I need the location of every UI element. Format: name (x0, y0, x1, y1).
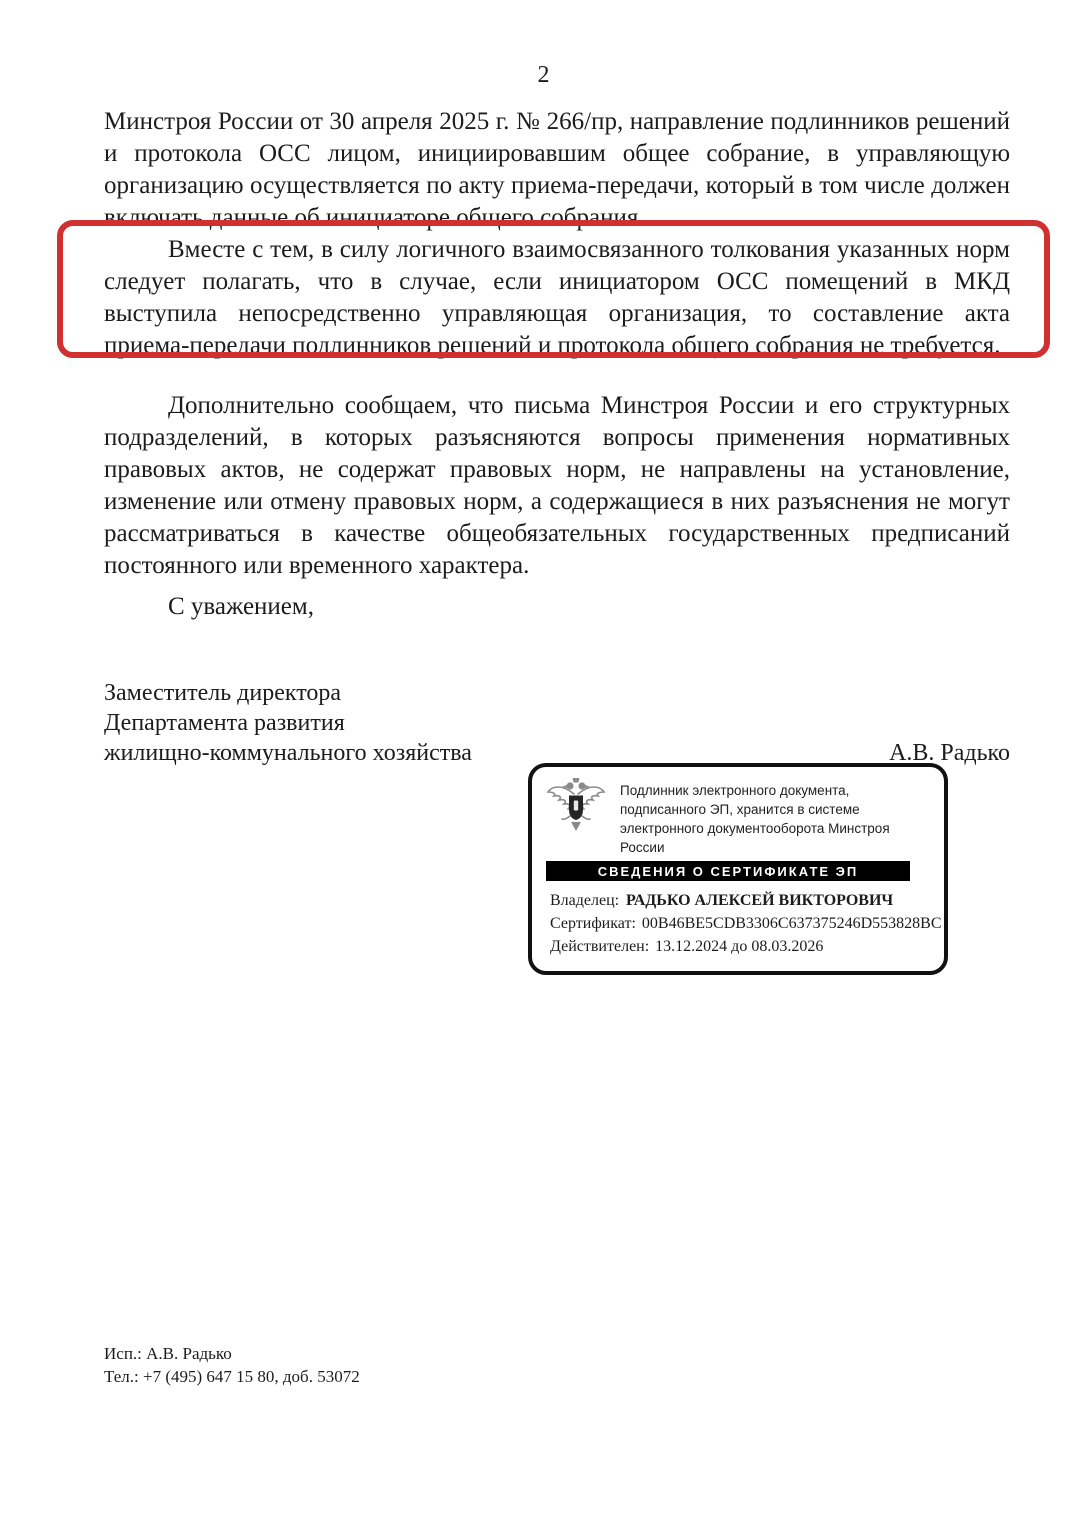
page-number: 2 (0, 60, 1087, 90)
stamp-description: Подлинник электронного документа, подпис… (620, 776, 920, 857)
certificate-details: Владелец: РАДЬКО АЛЕКСЕЙ ВИКТОРОВИЧ Серт… (532, 887, 944, 971)
paragraph-continuation: Минстроя России от 30 апреля 2025 г. № 2… (104, 106, 1010, 234)
closing-salutation: С уважением, (104, 591, 1010, 623)
signature-position-line-1: Заместитель директора (104, 678, 1010, 708)
stamp-top-row: Подлинник электронного документа, подпис… (532, 767, 944, 859)
russia-coat-of-arms-icon (544, 776, 608, 836)
validity-value: 13.12.2024 до 08.03.2026 (655, 935, 823, 958)
certificate-header-bar: СВЕДЕНИЯ О СЕРТИФИКАТЕ ЭП (546, 861, 910, 881)
certificate-validity-row: Действителен: 13.12.2024 до 08.03.2026 (550, 935, 934, 958)
certificate-value: 00B46BE5CDB3306C637375246D553828BC (642, 912, 942, 935)
owner-value: РАДЬКО АЛЕКСЕЙ ВИКТОРОВИЧ (626, 889, 893, 912)
certificate-owner-row: Владелец: РАДЬКО АЛЕКСЕЙ ВИКТОРОВИЧ (550, 889, 934, 912)
document-page: 2 Минстроя России от 30 апреля 2025 г. №… (0, 0, 1087, 1536)
certificate-label: Сертификат: (550, 912, 636, 935)
executor-footer: Исп.: А.В. Радько Тел.: +7 (495) 647 15 … (104, 1342, 360, 1388)
certificate-number-row: Сертификат: 00B46BE5CDB3306C637375246D55… (550, 912, 934, 935)
signature-position-line-3: жилищно-коммунального хозяйства (104, 738, 472, 768)
paragraph-highlighted: Вместе с тем, в силу логичного взаимосвя… (104, 234, 1010, 362)
owner-label: Владелец: (550, 889, 626, 912)
validity-label: Действителен: (550, 935, 649, 958)
phone-line: Тел.: +7 (495) 647 15 80, доб. 53072 (104, 1365, 360, 1388)
digital-signature-stamp: Подлинник электронного документа, подпис… (528, 763, 948, 975)
signature-position-line-2: Департамента развития (104, 708, 1010, 738)
executor-line: Исп.: А.В. Радько (104, 1342, 360, 1365)
signature-block: Заместитель директора Департамента разви… (104, 678, 1010, 768)
paragraph-additional: Дополнительно сообщаем, что письма Минст… (104, 390, 1010, 582)
highlighted-paragraph-wrap: Вместе с тем, в силу логичного взаимосвя… (104, 234, 1010, 362)
